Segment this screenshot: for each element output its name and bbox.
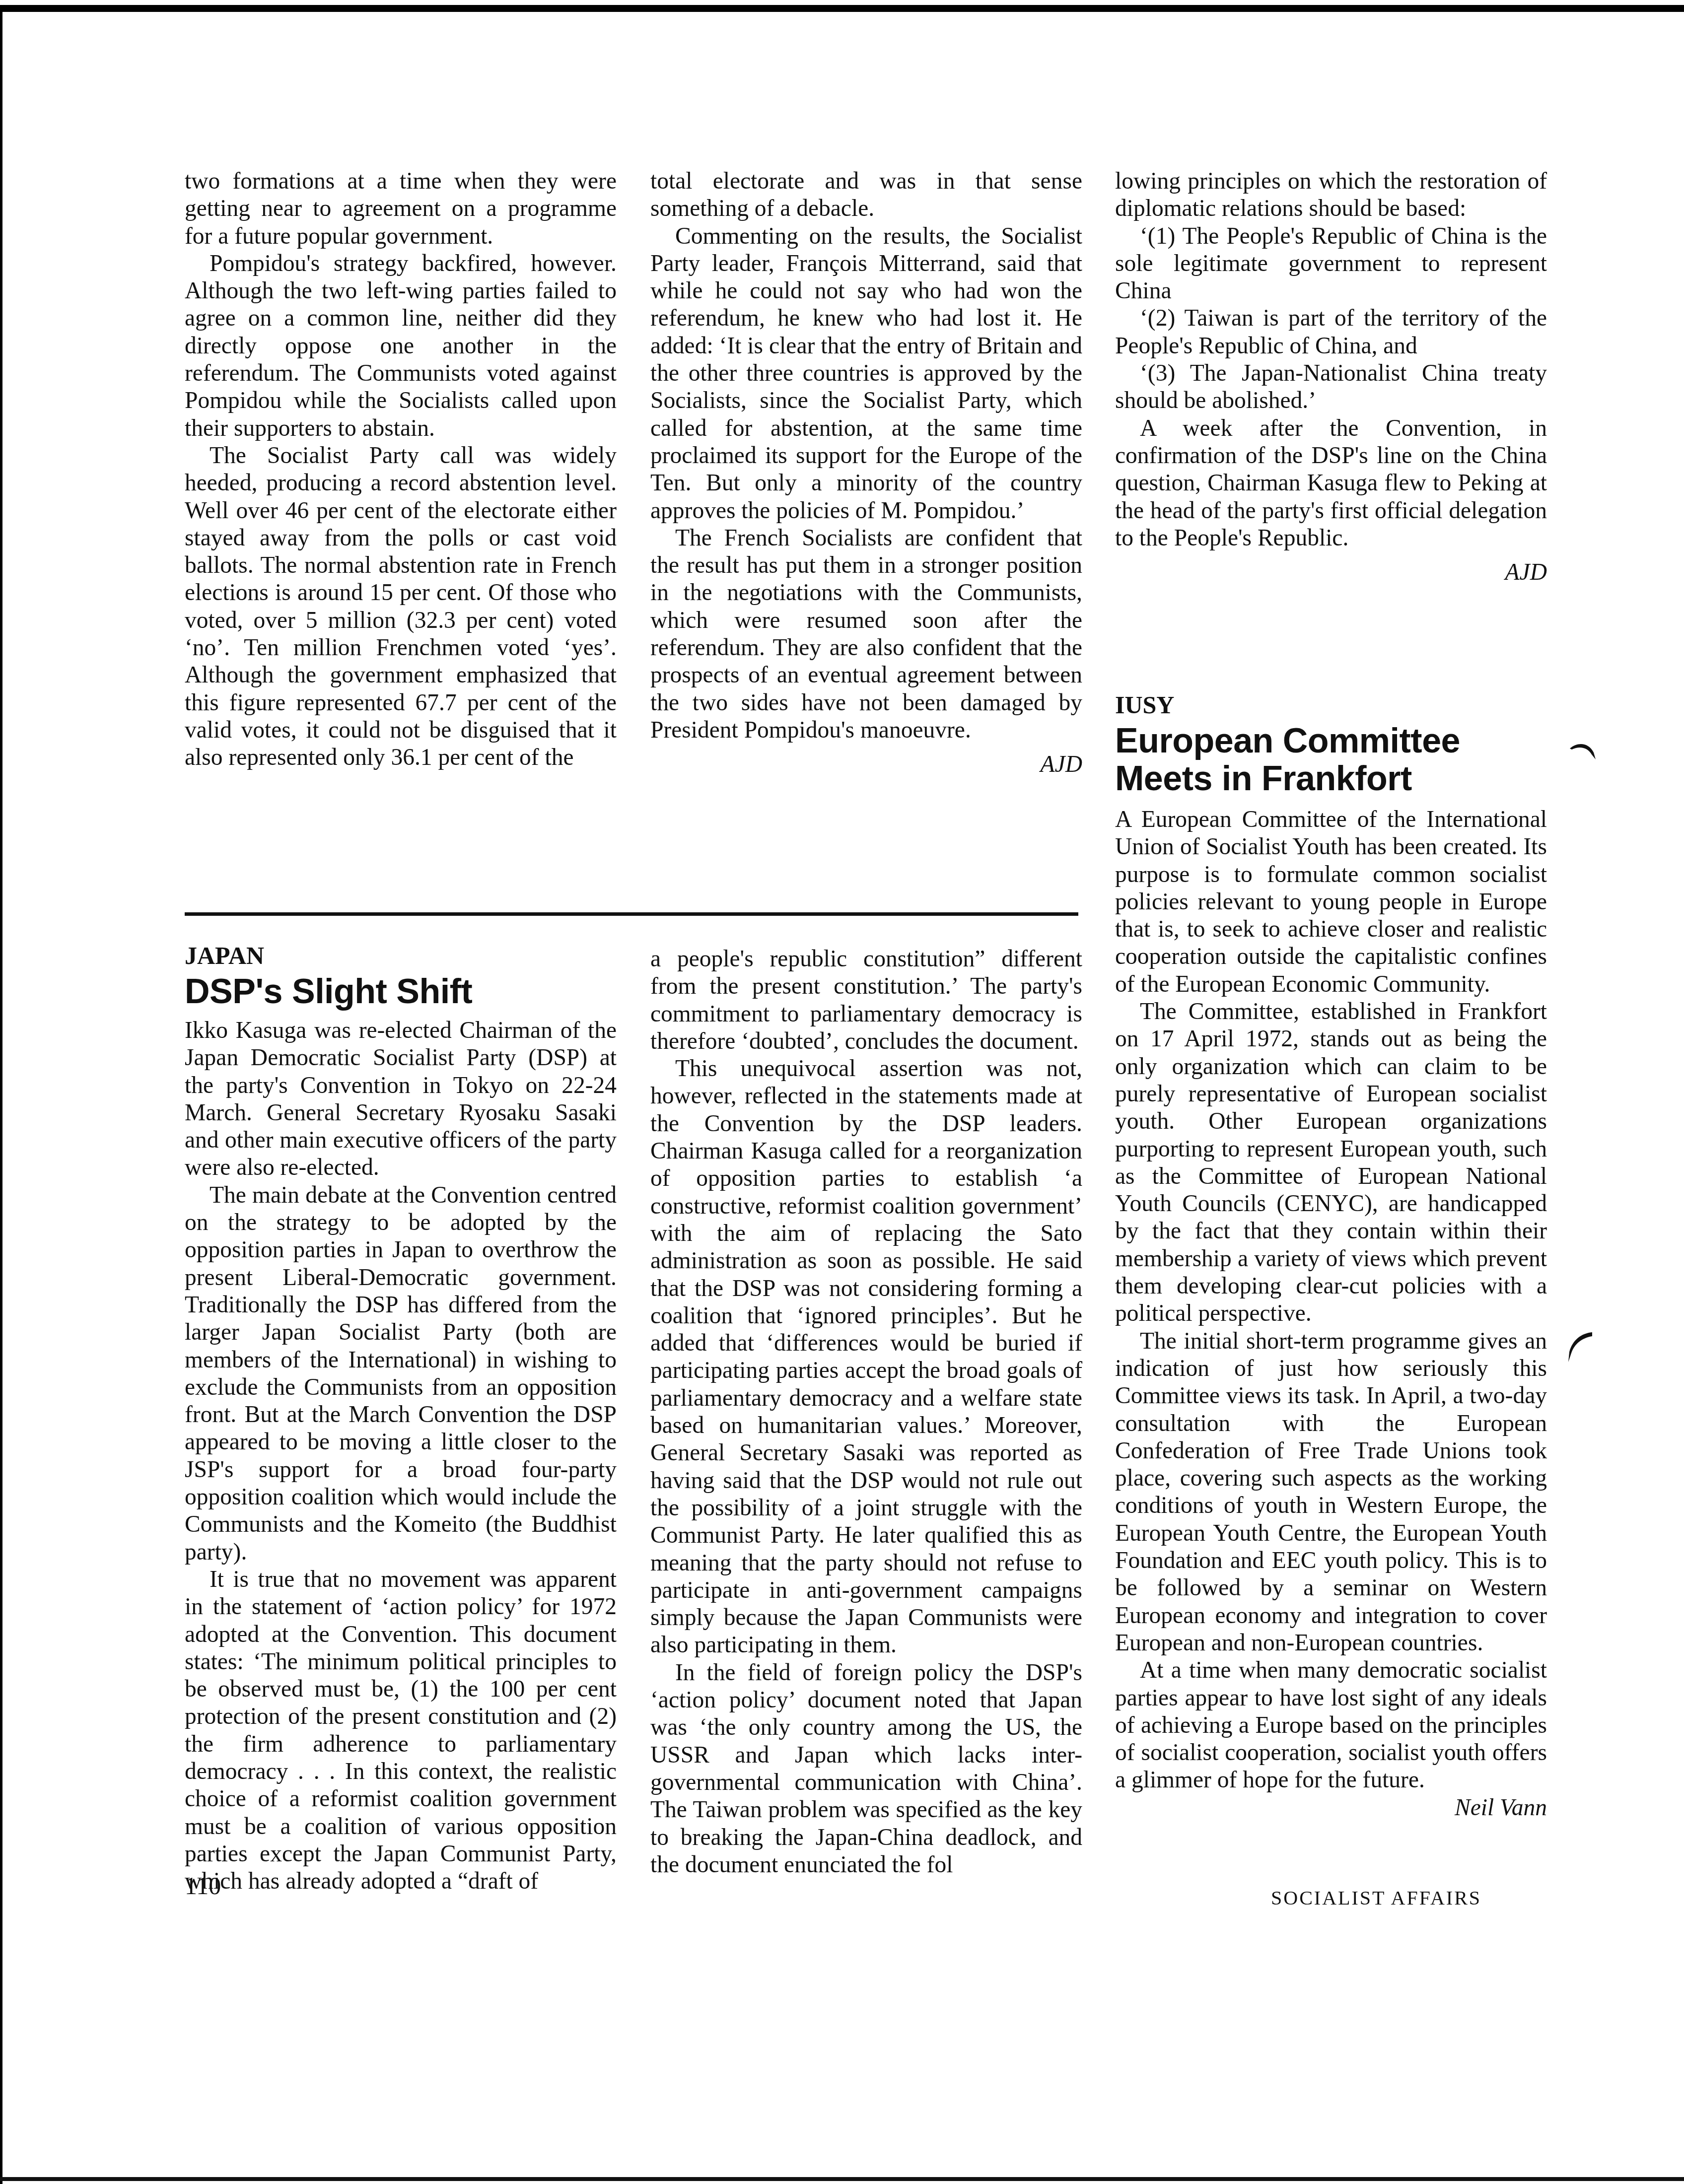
section-kicker: JAPAN <box>185 941 617 970</box>
author-signature: Neil Vann <box>1115 1794 1547 1822</box>
article-headline: European Committee Meets in Frankfort <box>1115 722 1547 797</box>
paragraph: The French Socialists are confident that… <box>650 525 1082 744</box>
paragraph: The Socialist Party call was widely heed… <box>185 442 617 772</box>
paragraph: This unequivocal assertion was not, howe… <box>650 1055 1082 1659</box>
japan-article-column-3: lowing principles on which the restora­t… <box>1115 168 1547 586</box>
scan-border-top <box>0 5 1684 12</box>
scan-border-bottom <box>0 2177 1684 2181</box>
paragraph: ‘(1) The People's Republic of China is t… <box>1115 223 1547 305</box>
france-article-column-1: two formations at a time when they were … <box>185 168 617 772</box>
paragraph: total electorate and was in that sense s… <box>650 168 1082 223</box>
page-number: 110 <box>185 1871 221 1900</box>
paragraph: a people's republic constitution” differ… <box>650 946 1082 1055</box>
japan-article-column-2: a people's republic constitution” differ… <box>650 946 1082 1879</box>
france-article-column-2: total electorate and was in that sense s… <box>650 168 1082 779</box>
headline-line-1: European Committee <box>1115 721 1460 760</box>
iusy-article: IUSY European Committee Meets in Frankfo… <box>1115 690 1547 1822</box>
paragraph: Commenting on the results, the Socialist… <box>650 223 1082 525</box>
paragraph: Ikko Kasuga was re-elected Chairman of t… <box>185 1017 617 1182</box>
author-signature: AJD <box>1115 559 1547 586</box>
paragraph: two formations at a time when they were … <box>185 168 617 250</box>
running-footer: SOCIALIST AFFAIRS <box>1271 1886 1481 1910</box>
paragraph: It is true that no movement was apparent… <box>185 1566 617 1896</box>
paragraph: The main debate at the Convention centre… <box>185 1182 617 1566</box>
section-divider-rule <box>185 912 1078 916</box>
margin-mark-icon <box>1566 1330 1594 1365</box>
paragraph: ‘(3) The Japan-Nationalist China treaty … <box>1115 360 1547 415</box>
paragraph: At a time when many democratic socialist… <box>1115 1657 1547 1794</box>
article-headline: DSP's Slight Shift <box>185 972 617 1010</box>
paragraph: Pompidou's strategy backfired, how­ever.… <box>185 250 617 442</box>
japan-article-column-1: JAPAN DSP's Slight Shift Ikko Kasuga was… <box>185 941 617 1896</box>
margin-mark-icon <box>1569 740 1599 764</box>
paragraph: ‘(2) Taiwan is part of the territory of … <box>1115 305 1547 360</box>
paragraph: The initial short-term programme gives a… <box>1115 1328 1547 1657</box>
paragraph: A week after the Convention, in confirma… <box>1115 415 1547 552</box>
author-signature: AJD <box>650 751 1082 778</box>
paragraph: The Committee, established in Frankfort … <box>1115 998 1547 1328</box>
section-kicker: IUSY <box>1115 690 1547 720</box>
scan-border-left <box>0 5 2 2184</box>
headline-line-2: Meets in Frankfort <box>1115 759 1412 798</box>
paragraph: lowing principles on which the restora­t… <box>1115 168 1547 223</box>
paragraph: In the field of foreign policy the DSP's… <box>650 1659 1082 1879</box>
paragraph: A European Committee of the Inter­nation… <box>1115 806 1547 998</box>
